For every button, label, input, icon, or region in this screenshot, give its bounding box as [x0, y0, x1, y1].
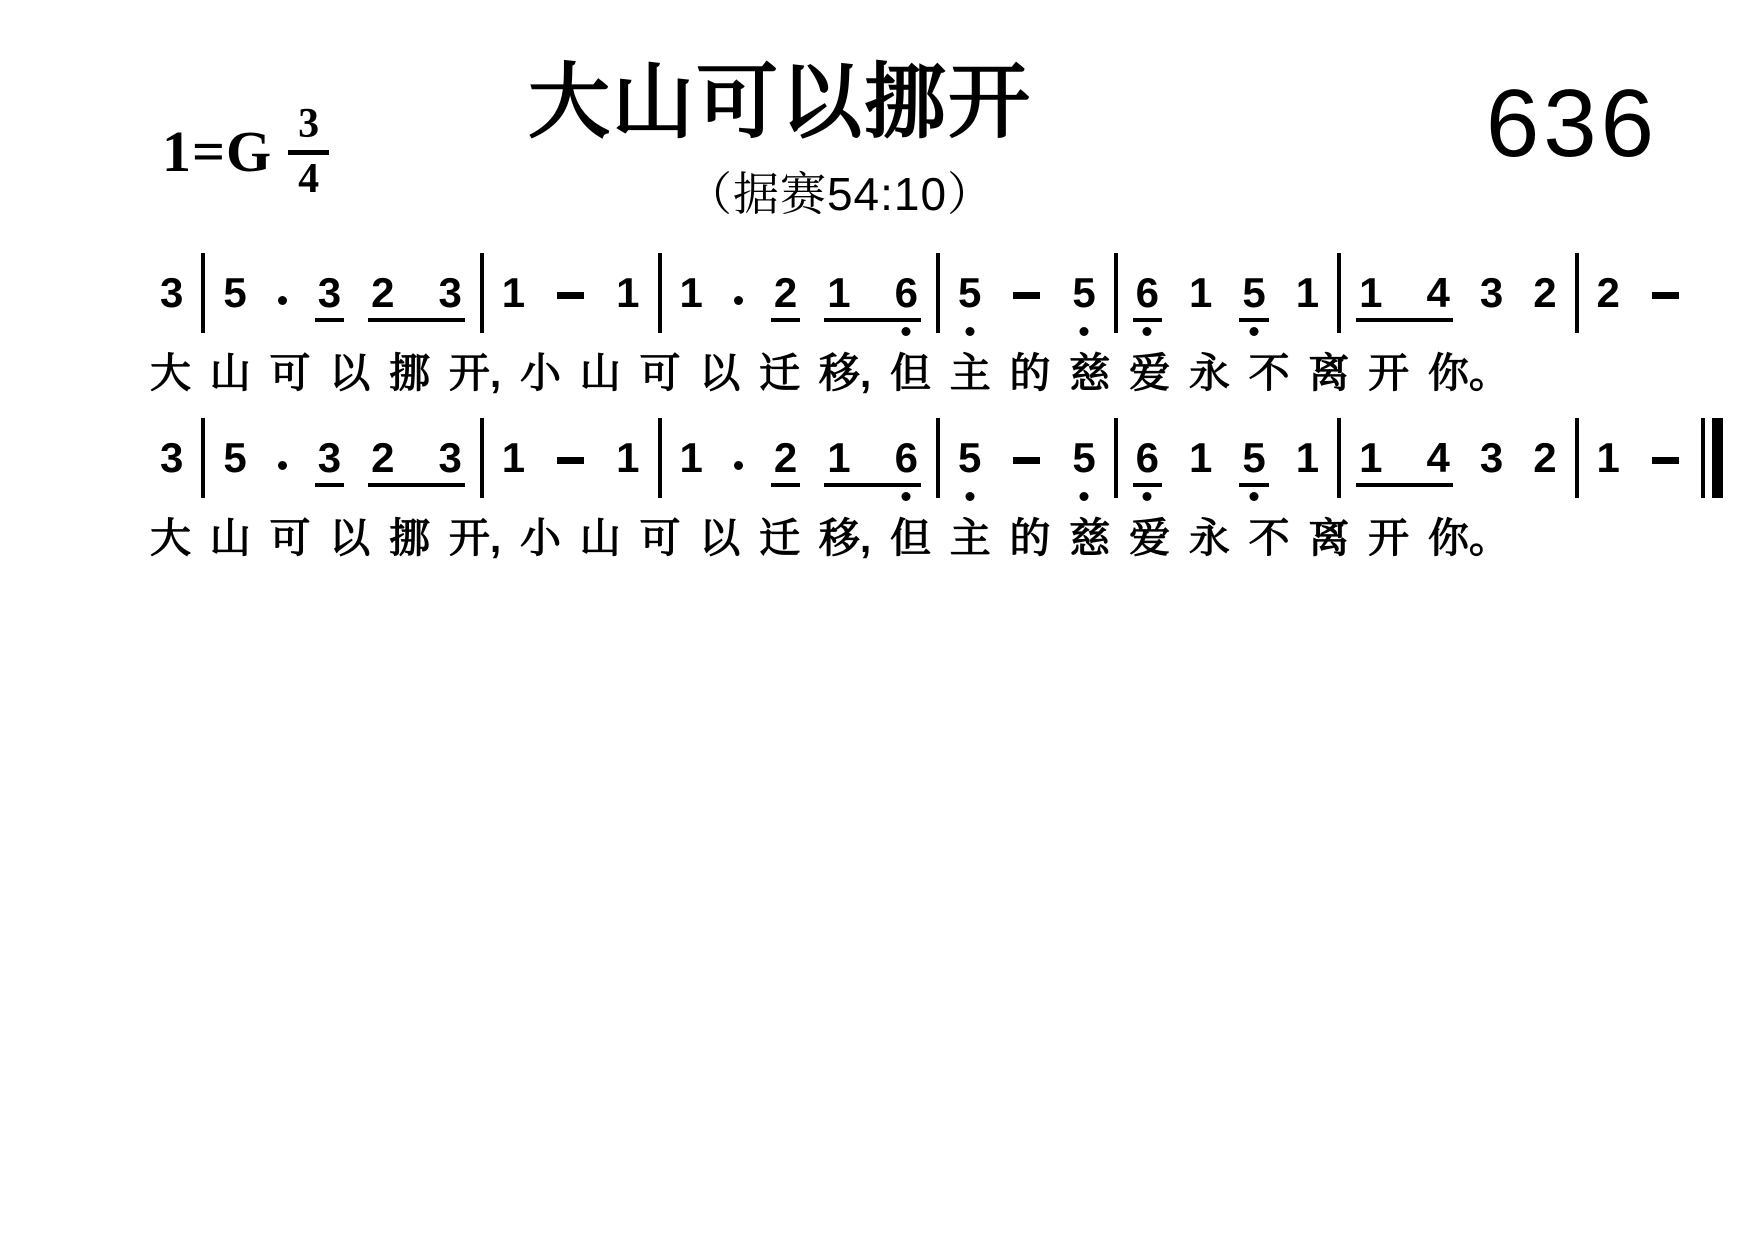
note: 1: [1597, 437, 1620, 479]
note: 4: [1426, 437, 1449, 479]
augmentation-dot: [734, 461, 743, 470]
note: 3: [160, 272, 183, 314]
final-barline-thick: [1712, 418, 1723, 498]
measure: 55: [940, 437, 1114, 479]
note-digit: 5: [1242, 272, 1265, 314]
lyric-char: 慈: [1069, 515, 1110, 561]
lyric-char: 可: [270, 350, 311, 396]
lyric-char: 永: [1189, 350, 1230, 396]
note: 5: [1242, 272, 1265, 314]
note-digit: 3: [318, 272, 341, 314]
note: 3: [438, 272, 461, 314]
low-octave-dot: [1143, 492, 1152, 501]
lyric-char: 大: [150, 350, 191, 396]
note-digit: 1: [616, 272, 639, 314]
measure: 2: [1579, 272, 1699, 314]
note: 1: [502, 272, 525, 314]
note: 3: [1480, 437, 1503, 479]
lyric-char: 主: [950, 350, 991, 396]
note: 4: [1426, 272, 1449, 314]
note: 1: [1296, 272, 1319, 314]
lyric-char: 小: [520, 515, 561, 561]
lyric-char: 可: [640, 515, 681, 561]
beamed-group: 16: [827, 272, 918, 314]
augmentation-dot: [734, 296, 743, 305]
note: 6: [895, 437, 918, 479]
note: 1: [616, 272, 639, 314]
eighth-underline: [1239, 483, 1268, 487]
duration-dash: [1652, 457, 1679, 464]
low-octave-dot: [902, 492, 911, 501]
hymn-number: 636: [1486, 76, 1658, 172]
lyric-char: 山: [580, 515, 621, 561]
note: 2: [774, 272, 797, 314]
measure: 1: [1579, 437, 1699, 479]
note: 2: [774, 437, 797, 479]
note: 3: [1480, 272, 1503, 314]
note: 5: [1072, 437, 1095, 479]
lyric-char: 移,: [819, 350, 871, 396]
eighth-underline: [315, 318, 344, 322]
beam-underline: [368, 318, 465, 322]
lyrics-row: 大山可以挪开,小山可以迁移,但主的慈爱永不离开你。: [150, 515, 1510, 561]
augmentation-dot: [278, 461, 287, 470]
note-digit: 1: [1597, 437, 1620, 479]
note: 6: [1136, 437, 1159, 479]
measure: 6151: [1118, 437, 1337, 479]
note: 1: [1359, 437, 1382, 479]
note: 1: [1359, 272, 1382, 314]
note-digit: 1: [502, 272, 525, 314]
lyric-char: 你。: [1428, 350, 1510, 396]
eighth-underline: [1239, 318, 1268, 322]
lyric-char: 爱: [1129, 515, 1170, 561]
note-digit: 5: [958, 437, 981, 479]
note: 1: [1189, 272, 1212, 314]
beam-underline: [1356, 318, 1453, 322]
note-digit: 5: [1072, 272, 1095, 314]
note: 3: [318, 437, 341, 479]
note-digit: 2: [371, 437, 394, 479]
note-digit: 3: [318, 437, 341, 479]
lyric-char: 挪: [389, 350, 430, 396]
lyric-char: 以: [329, 515, 370, 561]
note-digit: 2: [1533, 272, 1556, 314]
duration-dash: [1013, 457, 1040, 464]
beam-underline: [824, 483, 921, 487]
beam-underline: [368, 483, 465, 487]
measure: 3: [150, 272, 201, 314]
note: 3: [160, 437, 183, 479]
lyric-char: 你。: [1428, 515, 1510, 561]
duration-dash: [557, 457, 584, 464]
note: 2: [371, 437, 394, 479]
lyric-char: 山: [580, 350, 621, 396]
scripture-reference: （据赛54:10）: [60, 158, 1620, 224]
measure: 5323: [205, 272, 479, 314]
beam-underline: [824, 318, 921, 322]
note: 2: [1533, 272, 1556, 314]
lyric-char: 可: [640, 350, 681, 396]
note-digit: 5: [1072, 437, 1095, 479]
note-digit: 6: [1136, 437, 1159, 479]
duration-dash: [1652, 292, 1679, 299]
final-barline-thin: [1701, 418, 1705, 498]
note-digit: 1: [1189, 272, 1212, 314]
note: 1: [502, 437, 525, 479]
lyric-char: 挪: [389, 515, 430, 561]
note: 5: [223, 437, 246, 479]
lyric-char: 移,: [819, 515, 871, 561]
augmentation-dot: [278, 296, 287, 305]
note-digit: 3: [438, 437, 461, 479]
note: 2: [1597, 272, 1620, 314]
note: 3: [438, 437, 461, 479]
note-digit: 1: [680, 437, 703, 479]
eighth-underline: [771, 483, 800, 487]
note: 1: [616, 437, 639, 479]
note-digit: 1: [1296, 437, 1319, 479]
measure: 5323: [205, 437, 479, 479]
beamed-group: 23: [371, 437, 462, 479]
note-digit: 3: [160, 437, 183, 479]
measure: 1216: [662, 272, 936, 314]
note-digit: 1: [1189, 437, 1212, 479]
page-title: 大山可以挪开: [0, 60, 1560, 146]
beam-underline: [1356, 483, 1453, 487]
low-octave-dot: [965, 492, 974, 501]
lyric-char: 主: [950, 515, 991, 561]
lyric-char: 开,: [449, 515, 501, 561]
measure: 1432: [1341, 272, 1574, 314]
measure: 11: [484, 272, 658, 314]
final-barline: [1701, 418, 1723, 498]
note: 1: [680, 437, 703, 479]
note-digit: 1: [616, 437, 639, 479]
note-digit: 3: [1480, 437, 1503, 479]
note-digit: 1: [502, 437, 525, 479]
low-octave-dot: [1079, 492, 1088, 501]
lyric-char: 不: [1249, 515, 1290, 561]
note: 6: [1136, 272, 1159, 314]
note: 1: [1189, 437, 1212, 479]
measure: 6151: [1118, 272, 1337, 314]
note-digit: 1: [1359, 272, 1382, 314]
lyric-char: 但: [890, 350, 931, 396]
note: 5: [958, 272, 981, 314]
note: 6: [895, 272, 918, 314]
lyric-char: 迁: [759, 350, 800, 396]
eighth-underline: [771, 318, 800, 322]
lyric-char: 山: [210, 350, 251, 396]
notes-row: 3532311121655615114321: [150, 417, 1650, 499]
note-digit: 4: [1426, 437, 1449, 479]
measure: 1216: [662, 437, 936, 479]
lyric-char: 开,: [449, 350, 501, 396]
lyric-char: 的: [1010, 515, 1051, 561]
note: 2: [1533, 437, 1556, 479]
note-digit: 2: [774, 437, 797, 479]
note-digit: 3: [1480, 272, 1503, 314]
note-digit: 2: [1597, 272, 1620, 314]
notes-row: 3532311121655615114322: [150, 252, 1650, 334]
low-octave-dot: [1079, 327, 1088, 336]
lyric-char: 以: [699, 515, 740, 561]
lyric-char: 大: [150, 515, 191, 561]
music-system-2: 3532311121655615114321 大山可以挪开,小山可以迁移,但主的…: [150, 417, 1650, 561]
beamed-group: 16: [827, 437, 918, 479]
note-digit: 3: [160, 272, 183, 314]
note: 1: [680, 272, 703, 314]
measure: 1432: [1341, 437, 1574, 479]
lyric-char: 永: [1189, 515, 1230, 561]
lyrics-row: 大山可以挪开,小山可以迁移,但主的慈爱永不离开你。: [150, 350, 1510, 396]
beamed-group: 23: [371, 272, 462, 314]
note-digit: 1: [1296, 272, 1319, 314]
note: 1: [827, 437, 850, 479]
lyric-char: 的: [1010, 350, 1051, 396]
beamed-group: 14: [1359, 272, 1450, 314]
lyric-char: 离: [1308, 350, 1349, 396]
note: 5: [1072, 272, 1095, 314]
note-digit: 6: [1136, 272, 1159, 314]
eighth-underline: [315, 483, 344, 487]
low-octave-dot: [1250, 492, 1259, 501]
note: 1: [827, 272, 850, 314]
lyric-char: 开: [1368, 350, 1409, 396]
low-octave-dot: [965, 327, 974, 336]
note: 2: [371, 272, 394, 314]
note: 1: [1296, 437, 1319, 479]
note-digit: 5: [223, 437, 246, 479]
note-digit: 5: [223, 272, 246, 314]
lyric-char: 小: [520, 350, 561, 396]
beamed-group: 14: [1359, 437, 1450, 479]
measure: 55: [940, 272, 1114, 314]
lyric-char: 慈: [1069, 350, 1110, 396]
lyric-char: 山: [210, 515, 251, 561]
lyric-char: 以: [699, 350, 740, 396]
note-digit: 2: [1533, 437, 1556, 479]
lyric-char: 可: [270, 515, 311, 561]
note-digit: 1: [827, 272, 850, 314]
lyric-char: 但: [890, 515, 931, 561]
note-digit: 1: [680, 272, 703, 314]
low-octave-dot: [1143, 327, 1152, 336]
note-digit: 5: [958, 272, 981, 314]
lyric-char: 不: [1249, 350, 1290, 396]
lyric-char: 开: [1368, 515, 1409, 561]
note-digit: 2: [774, 272, 797, 314]
note: 5: [1242, 437, 1265, 479]
lyric-char: 迁: [759, 515, 800, 561]
measure: 11: [484, 437, 658, 479]
hymn-sheet: 1=G 3 4 大山可以挪开 （据赛54:10） 636 35323111216…: [0, 0, 1754, 1240]
note-digit: 6: [895, 437, 918, 479]
eighth-underline: [1133, 483, 1162, 487]
low-octave-dot: [902, 327, 911, 336]
lyric-char: 以: [329, 350, 370, 396]
low-octave-dot: [1250, 327, 1259, 336]
note-digit: 4: [1426, 272, 1449, 314]
note-digit: 5: [1242, 437, 1265, 479]
note: 3: [318, 272, 341, 314]
note-digit: 2: [371, 272, 394, 314]
measure: 3: [150, 437, 201, 479]
duration-dash: [557, 292, 584, 299]
note-digit: 1: [827, 437, 850, 479]
lyric-char: 离: [1308, 515, 1349, 561]
note-digit: 1: [1359, 437, 1382, 479]
note: 5: [958, 437, 981, 479]
eighth-underline: [1133, 318, 1162, 322]
duration-dash: [1013, 292, 1040, 299]
lyric-char: 爱: [1129, 350, 1170, 396]
note-digit: 3: [438, 272, 461, 314]
note-digit: 6: [895, 272, 918, 314]
note: 5: [223, 272, 246, 314]
music-system-1: 3532311121655615114322 大山可以挪开,小山可以迁移,但主的…: [150, 252, 1650, 396]
